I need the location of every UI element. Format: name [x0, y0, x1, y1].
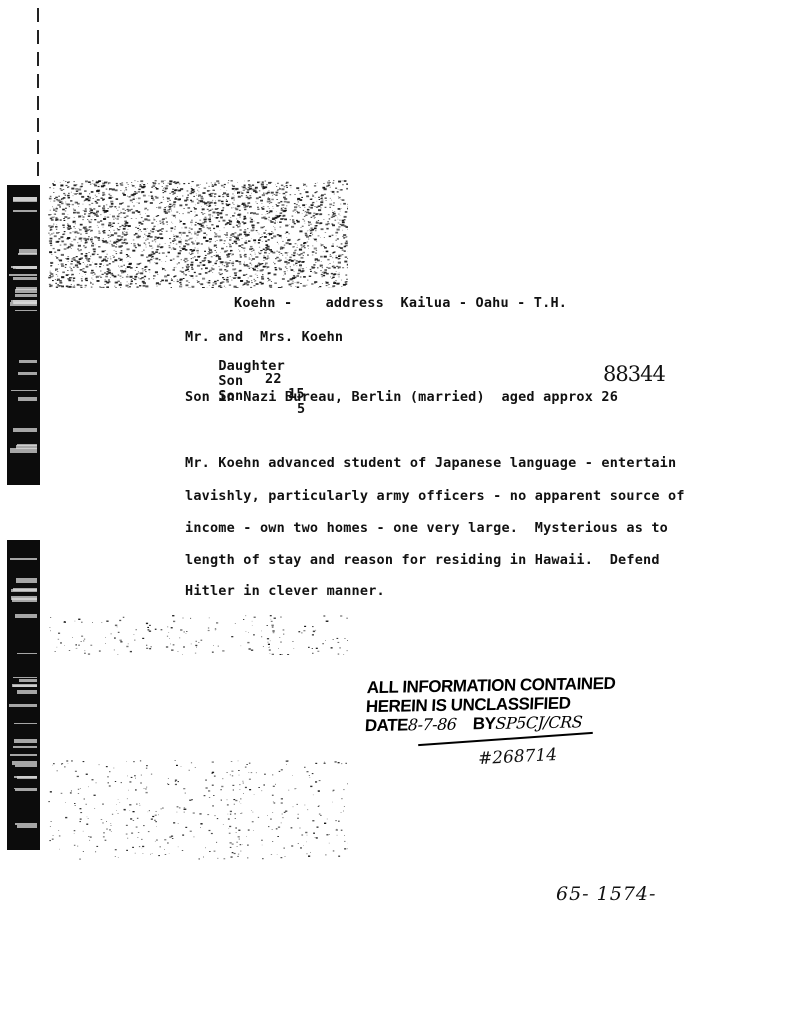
stamp-reference-number: #268714: [478, 745, 558, 769]
stamp-date-value: 8-7-86: [407, 715, 457, 735]
strip-streak: [13, 197, 37, 202]
strip-streak: [19, 360, 37, 363]
scan-noise-band: [48, 760, 348, 860]
scan-noise-band: [48, 615, 348, 655]
stamp-date-line: DATE8-7-86 BYSP5CJ/CRS: [364, 712, 613, 735]
strip-streak: [10, 754, 37, 756]
strip-streak: [9, 704, 37, 707]
strip-streak: [17, 690, 37, 694]
strip-streak: [12, 761, 37, 765]
strip-streak: [13, 746, 37, 748]
stamp-by-label: BY: [472, 714, 496, 733]
body-line: income - own two homes - one very large.…: [185, 522, 668, 536]
strip-streak: [11, 300, 37, 302]
strip-streak: [19, 249, 37, 254]
margin-line: [37, 8, 39, 178]
strip-streak: [13, 210, 37, 212]
strip-streak: [13, 677, 37, 678]
family-age: 22: [265, 373, 282, 387]
strip-streak: [16, 445, 37, 449]
strip-streak: [17, 825, 37, 828]
body-line: Mr. Koehn advanced student of Japanese l…: [185, 457, 676, 471]
strip-streak: [10, 448, 37, 453]
strip-streak: [10, 558, 37, 560]
strip-streak: [11, 390, 37, 391]
strip-streak: [18, 397, 37, 401]
strip-streak: [13, 277, 37, 280]
stamp-underline: [418, 732, 593, 746]
family-line: Mr. and Mrs. Koehn: [185, 331, 343, 345]
strip-streak: [11, 589, 37, 591]
document-heading: Koehn - address Kailua - Oahu - T.H.: [234, 297, 567, 311]
body-line: Hitler in clever manner.: [185, 585, 385, 599]
strip-streak: [15, 789, 37, 790]
strip-streak: [12, 598, 37, 602]
handwritten-file-number: 65- 1574-: [556, 883, 656, 905]
strip-streak: [13, 428, 37, 431]
strip-streak: [15, 310, 37, 312]
declassification-stamp: ALL INFORMATION CONTAINED HEREIN IS UNCL…: [364, 674, 615, 735]
body-line: lavishly, particularly army officers - n…: [185, 490, 685, 504]
family-age: 5: [297, 403, 305, 417]
binding-strip-bottom: [7, 540, 40, 850]
strip-streak: [19, 679, 37, 682]
stamp-by-value: SP5CJ/CRS: [495, 712, 583, 733]
serial-number: 88344: [603, 362, 665, 386]
strip-streak: [14, 739, 37, 743]
family-line: Son in Nazi Bureau, Berlin (married) age…: [185, 391, 618, 405]
strip-streak: [15, 765, 37, 766]
strip-streak: [17, 776, 37, 779]
strip-streak: [17, 653, 37, 654]
strip-streak: [16, 287, 37, 291]
body-line: length of stay and reason for residing i…: [185, 554, 660, 568]
strip-streak: [12, 684, 38, 688]
strip-streak: [11, 266, 37, 268]
strip-streak: [15, 823, 37, 825]
strip-streak: [16, 578, 37, 582]
scan-noise-band: [48, 180, 348, 288]
strip-streak: [18, 372, 37, 375]
strip-streak: [14, 723, 37, 724]
binding-strip-top: [7, 185, 40, 485]
stamp-date-label: DATE: [364, 715, 408, 735]
strip-streak: [15, 294, 37, 297]
scanned-document-page: Koehn - address Kailua - Oahu - T.H. Mr.…: [0, 0, 800, 1035]
strip-streak: [15, 614, 37, 618]
